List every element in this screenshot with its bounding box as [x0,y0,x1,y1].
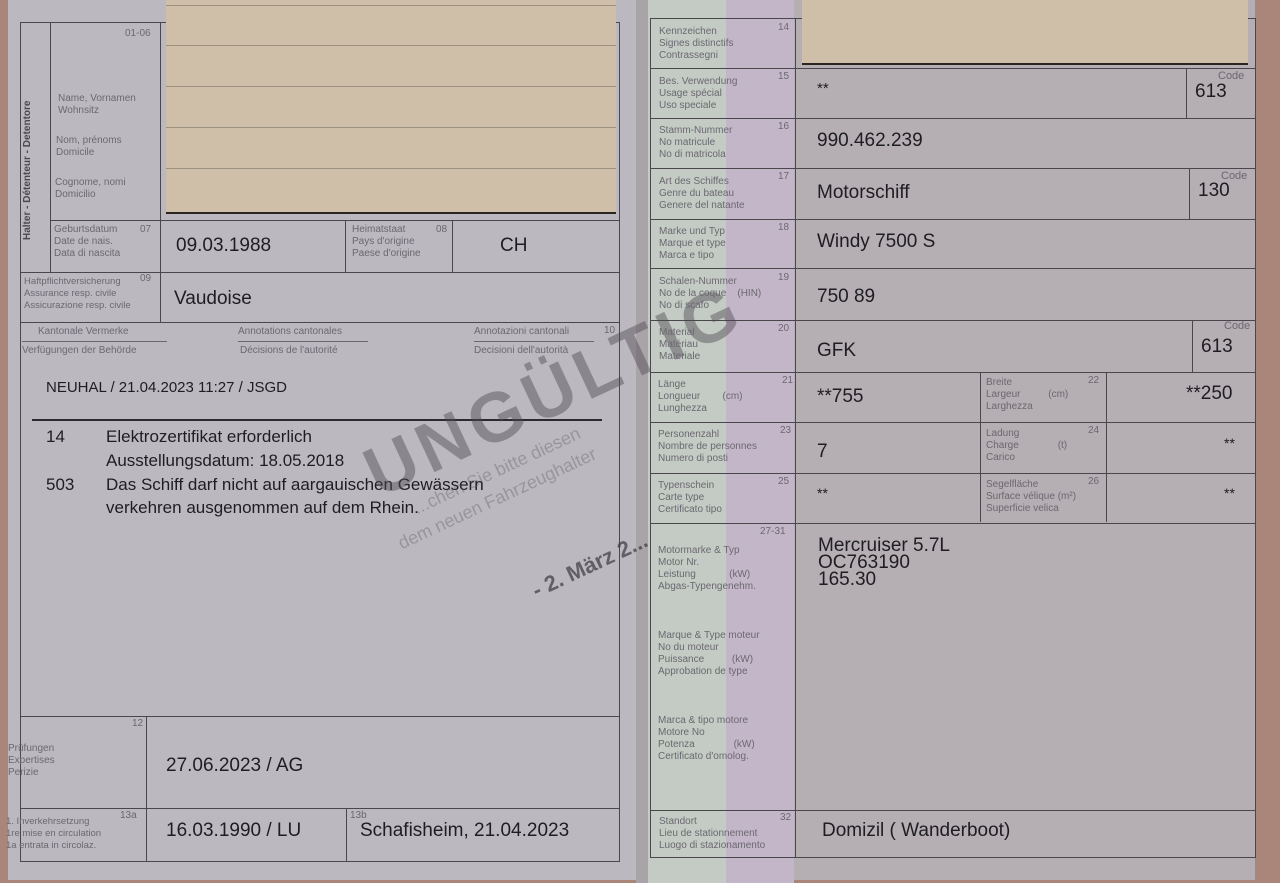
matricule-value: 990.462.239 [817,130,923,152]
inspections-label: Prüfungen Expertises Perizie [8,743,55,779]
birthdate-label: Geburtsdatum Date de nais. Data di nasci… [54,224,120,260]
hull-number-label: Schalen-Nummer No de la coque (HIN) No d… [659,276,761,312]
annotation-code: 14 [46,427,65,447]
field-number: 01-06 [125,28,151,39]
field-number: 14 [778,22,789,33]
birthdate-value: 09.03.1988 [176,235,271,257]
length-label: Länge Longueur (cm) Lunghezza [658,379,742,415]
field-number: 09 [140,273,151,284]
name-label-it: Cognome, nomi Domicilio [55,177,126,201]
annotation-text: Elektrozertifikat erforderlich [106,427,312,447]
origin-label: Heimatstaat Pays d'origine Paese d'origi… [352,224,421,260]
length-value: **755 [817,386,864,408]
first-registration-label: 1. Inverkehrsetzung 1re mise en circulat… [6,816,101,852]
field-number: 22 [1088,375,1099,386]
field-number: 08 [436,224,447,235]
holder-section-label: Halter - Détenteur - Detentore [22,101,33,240]
boat-type-code: 130 [1198,180,1230,202]
engine-power-value: 165.30 [818,572,876,588]
annotations-header-it: Annotazioni cantonali [474,326,569,338]
field-number: 13a [120,810,137,821]
special-use-value: ** [817,80,829,97]
insurance-label: Haftpflichtversicherung Assurance resp. … [24,276,131,312]
sail-area-value: ** [1224,485,1235,501]
width-label: Breite Largeur (cm) Larghezza [986,377,1068,413]
inspections-value: 27.06.2023 / AG [166,755,303,777]
annotations-header-fr: Annotations cantonales [238,326,342,338]
first-registration-value: 16.03.1990 / LU [166,820,301,842]
annotation-text: Ausstellungsdatum: 18.05.2018 [106,451,344,471]
name-label-fr: Nom, prénoms Domicile [56,135,122,159]
field-number: 27-31 [760,526,786,537]
material-code: 613 [1201,336,1233,358]
annotations-header-de: Kantonale Vermerke [38,326,129,338]
annotations-subheader-de: Verfügungen der Behörde [22,345,137,357]
field-number: 16 [778,121,789,132]
field-number: 20 [778,323,789,334]
load-value: ** [1224,435,1235,451]
material-value: GFK [817,340,856,362]
persons-value: 7 [817,441,828,463]
boat-type-value: Motorschiff [817,182,910,204]
hull-number-value: 750 89 [817,286,875,308]
plate-label: Kennzeichen Signes distinctifs Contrasse… [659,26,733,62]
field-number: 26 [1088,476,1099,487]
field-number: 19 [778,272,789,283]
engine-label-fr: Marque & Type moteur No du moteur Puissa… [658,630,760,678]
matricule-label: Stamm-Nummer No matricule No di matricol… [659,125,732,161]
field-number: 07 [140,224,151,235]
location-value: Domizil ( Wanderboot) [822,820,1010,842]
make-type-value: Windy 7500 S [817,231,935,253]
special-use-label: Bes. Verwendung Usage spécial Uso specia… [659,76,737,112]
load-label: Ladung Charge (t) Carico [986,428,1067,464]
annotation-entry-header: NEUHAL / 21.04.2023 11:27 / JSGD [46,379,287,396]
engine-label-it: Marca & tipo motore Motore No Potenza (k… [658,715,755,763]
field-number: 15 [778,71,789,82]
field-number: 25 [778,476,789,487]
sail-area-label: Segelfläche Surface vélique (m²) Superfi… [986,479,1076,515]
field-number: 17 [778,171,789,182]
material-label: Material Matériau Materiale [659,327,700,363]
insurance-value: Vaudoise [174,288,252,310]
code-label: Code [1224,320,1250,332]
place-date-value: Schafisheim, 21.04.2023 [360,820,569,842]
page-fold [636,0,648,883]
field-number: 24 [1088,425,1099,436]
field-number: 18 [778,222,789,233]
engine-label-de: Motormarke & Typ Motor Nr. Leistung (kW)… [658,545,756,593]
annotation-text: verkehren ausgenommen auf dem Rhein. [106,498,419,518]
location-label: Standort Lieu de stationnement Luogo di … [659,816,765,852]
boat-type-label: Art des Schiffes Genre du bateau Genere … [659,176,745,212]
annotation-code: 503 [46,475,74,495]
special-use-code: 613 [1195,81,1227,103]
make-type-label: Marke und Typ Marque et type Marca e tip… [659,226,726,262]
origin-value: CH [500,235,527,257]
name-label: Name, Vornamen Wohnsitz [58,93,136,117]
field-number: 32 [780,812,791,823]
type-cert-value: ** [817,485,828,501]
annotations-subheader-fr: Décisions de l'autorité [240,345,338,357]
width-value: **250 [1186,383,1233,405]
privacy-sticker-left [166,0,616,212]
field-number: 23 [780,425,791,436]
type-cert-label: Typenschein Carte type Certificato tipo [658,480,722,516]
field-number: 12 [132,718,143,729]
privacy-sticker-right [802,0,1248,63]
field-number: 21 [782,375,793,386]
persons-label: Personenzahl Nombre de personnes Numero … [658,429,757,465]
